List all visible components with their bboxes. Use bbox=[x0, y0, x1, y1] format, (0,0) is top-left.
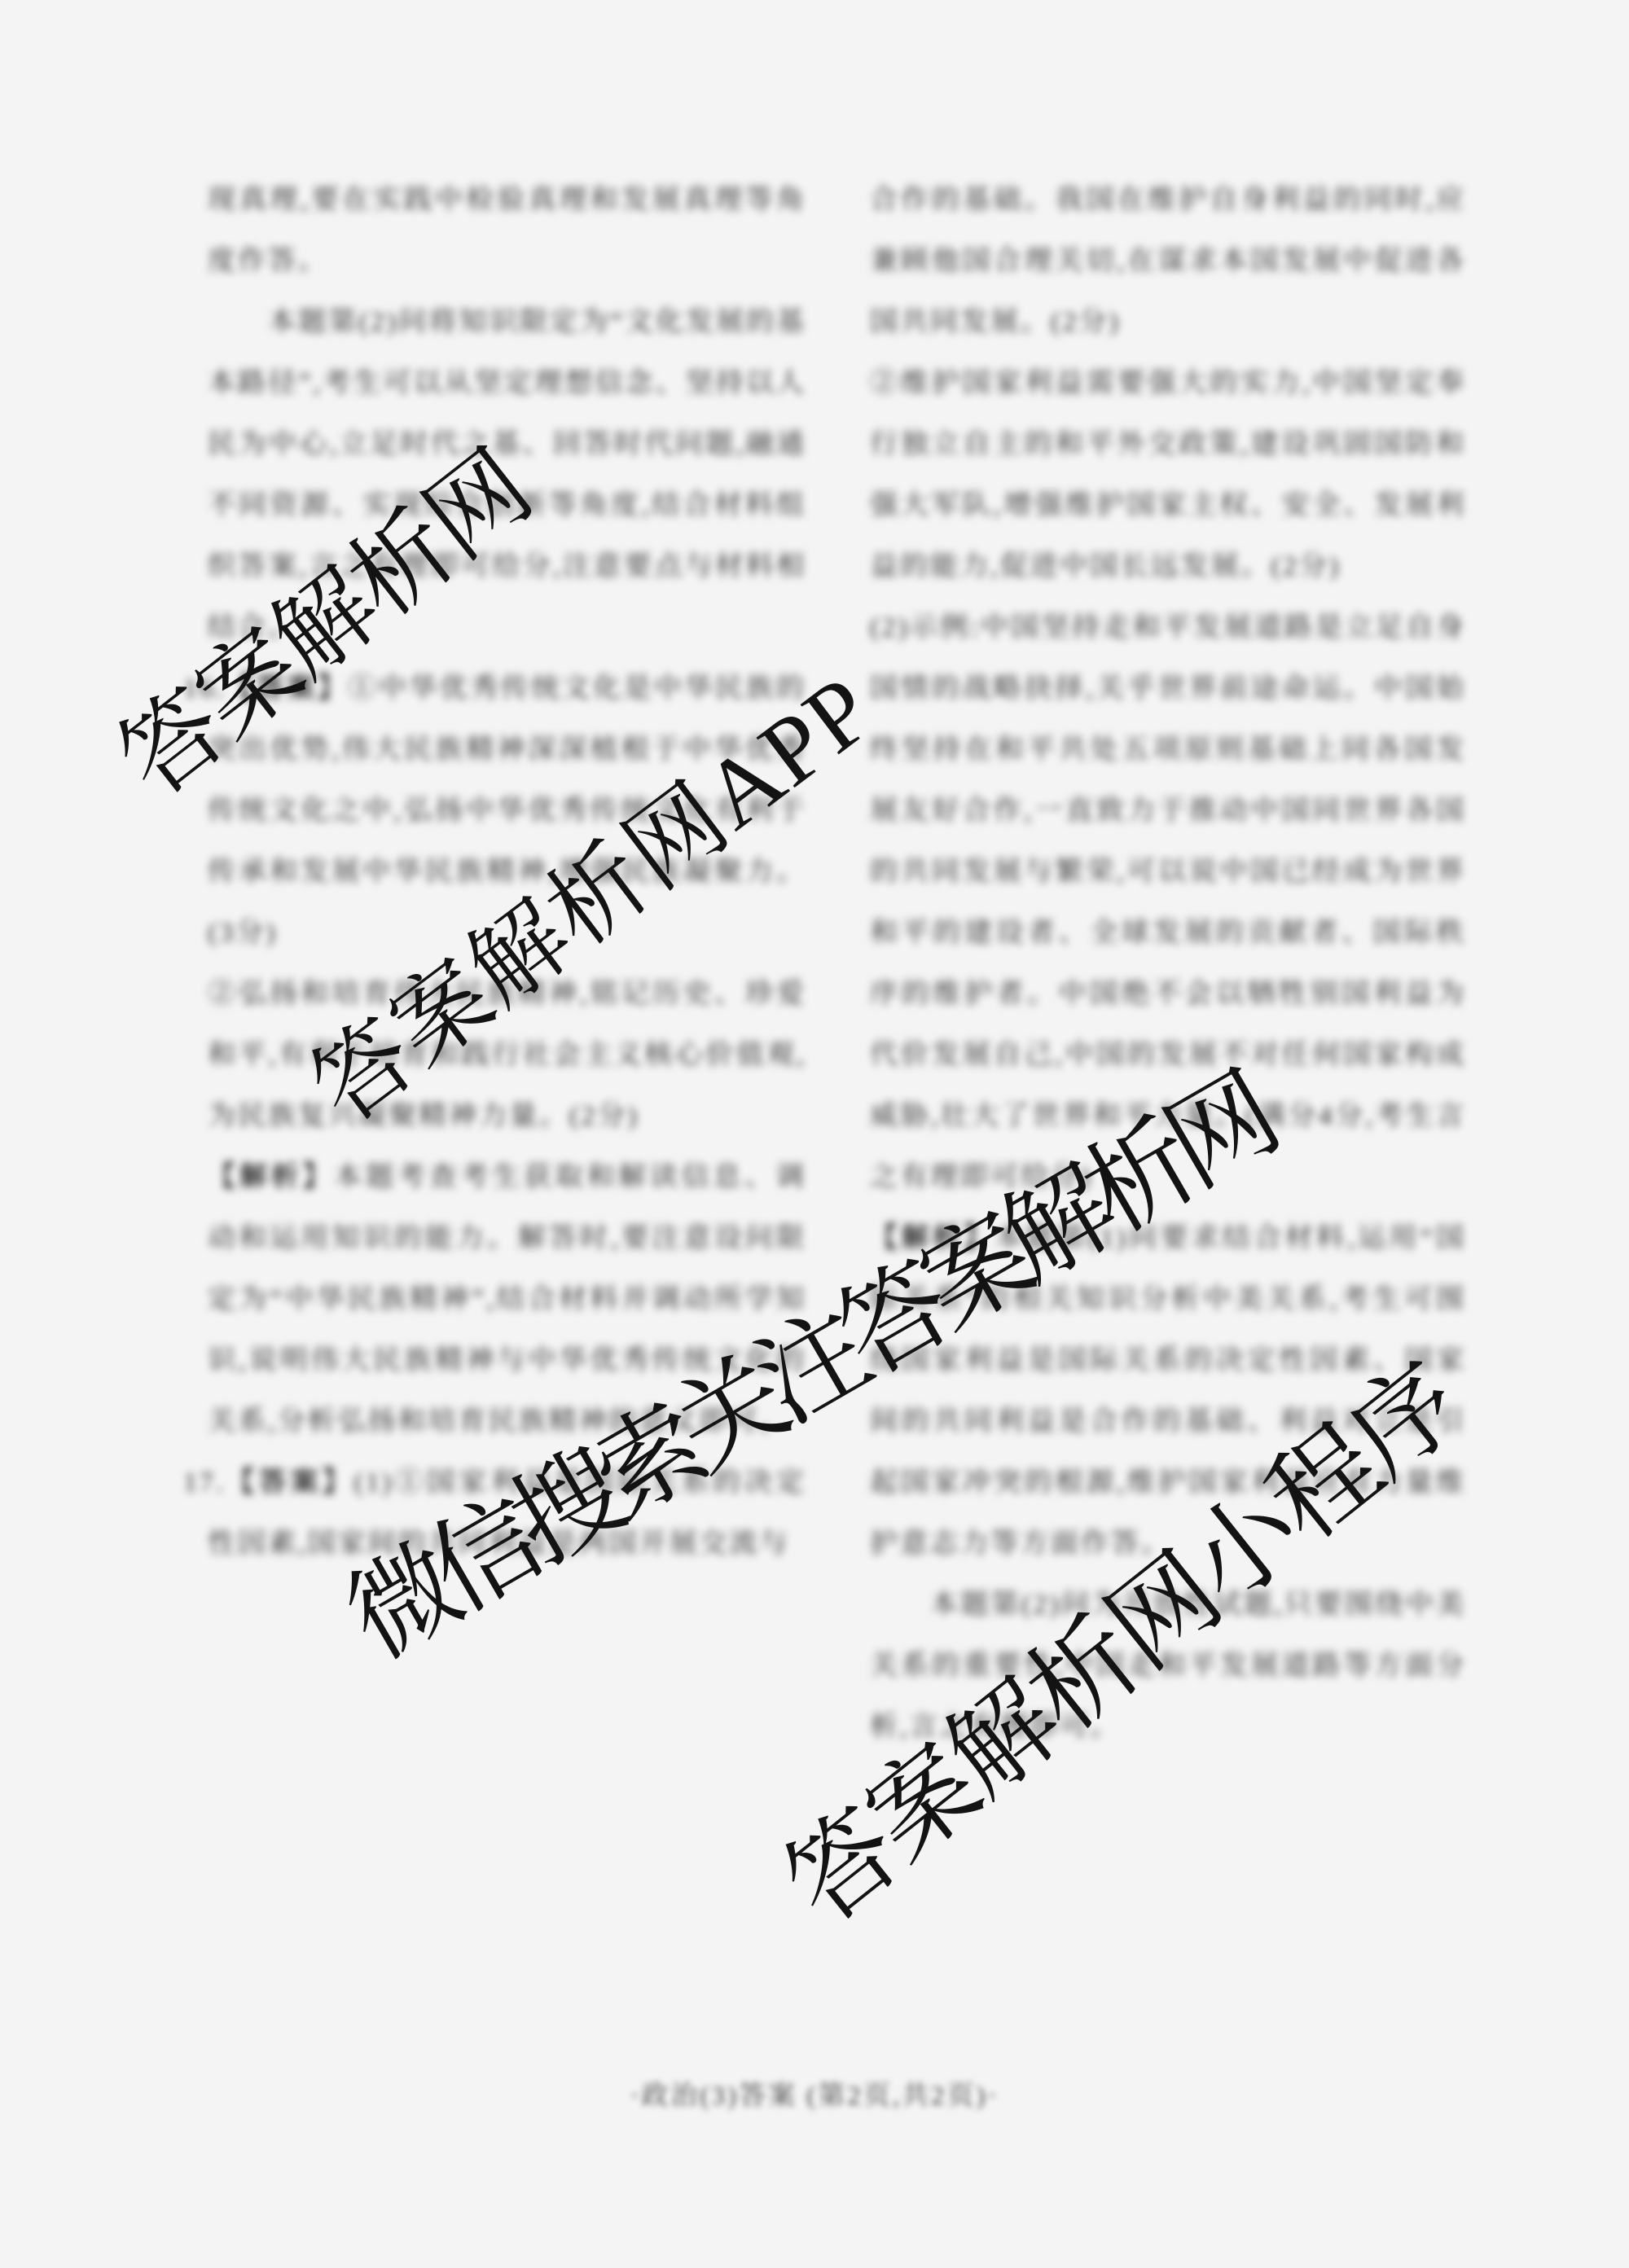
answer-paragraph: 合作的基础。我国在维护自身利益的同时,应兼顾他国合理关切,在谋求本国发展中促进各… bbox=[870, 169, 1466, 353]
answer-column-right: 合作的基础。我国在维护自身利益的同时,应兼顾他国合理关切,在谋求本国发展中促进各… bbox=[870, 169, 1466, 1757]
scanned-answer-page: 现真理,要在实践中检验真理和发展真理等角度作答。本题第(2)问将知识限定为“文化… bbox=[0, 0, 1629, 2268]
page-footer: ·政治(3)答案 (第2页,共2页)· bbox=[0, 2074, 1629, 2112]
answer-label: 【解析】 bbox=[208, 1162, 334, 1192]
answer-paragraph: ②维护国家利益需要强大的实力,中国坚定奉行独立自主的和平外交政策,建设巩固国防和… bbox=[870, 353, 1466, 597]
answer-label: 【答案】 bbox=[226, 1467, 354, 1498]
answer-paragraph: 现真理,要在实践中检验真理和发展真理等角度作答。 bbox=[208, 169, 806, 292]
item-number: 17. bbox=[183, 1467, 226, 1498]
